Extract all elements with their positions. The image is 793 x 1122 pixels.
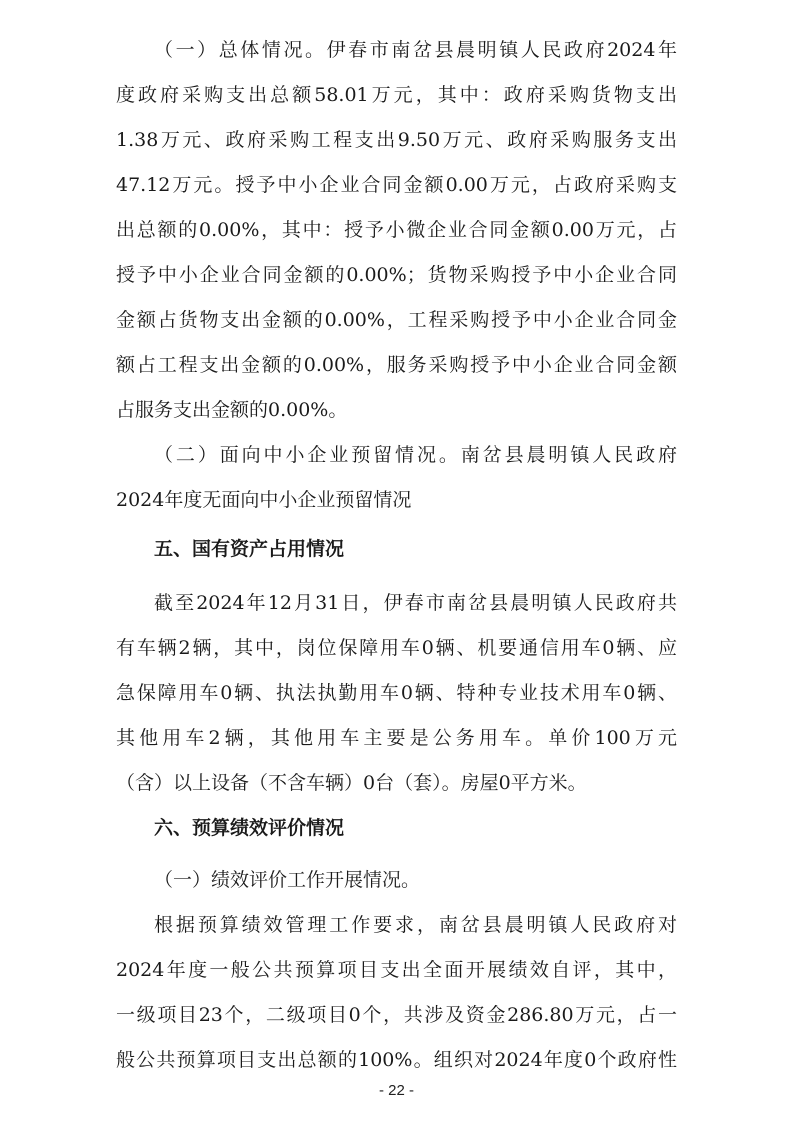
paragraph-line: 授予中小企业合同金额的0.00%；货物采购授予中小企业合同 [116, 263, 677, 287]
paragraph-line: 1.38万元、政府采购工程支出9.50万元、政府采购服务支出 [116, 128, 677, 152]
paragraph-line: 急保障用车0辆、执法执勤用车0辆、特种专业技术用车0辆、 [116, 681, 677, 705]
section-heading: 五、国有资产占用情况 [154, 537, 344, 561]
paragraph-line: （一）总体情况。伊春市南岔县晨明镇人民政府2024年 [154, 38, 677, 62]
paragraph-line: 根据预算绩效管理工作要求，南岔县晨明镇人民政府对 [154, 913, 677, 937]
paragraph-line: （二）面向中小企业预留情况。南岔县晨明镇人民政府 [154, 443, 677, 467]
paragraph-line: 金额占货物支出金额的0.00%，工程采购授予中小企业合同金 [116, 308, 677, 332]
paragraph-line: 度政府采购支出总额58.01万元，其中：政府采购货物支出 [116, 83, 677, 107]
paragraph-line: （含）以上设备（不含车辆）0台（套）。房屋0平方米。 [116, 771, 677, 795]
paragraph-line: 额占工程支出金额的0.00%，服务采购授予中小企业合同金额 [116, 353, 677, 377]
paragraph-line: 有车辆2辆，其中，岗位保障用车0辆、机要通信用车0辆、应 [116, 636, 677, 660]
paragraph-line: 2024年度无面向中小企业预留情况 [116, 488, 677, 512]
paragraph-line: 般公共预算项目支出总额的100%。组织对2024年度0个政府性 [116, 1048, 677, 1072]
paragraph-line: 其他用车2辆，其他用车主要是公务用车。单价100万元 [116, 726, 677, 750]
paragraph-line: 出总额的0.00%，其中：授予小微企业合同金额0.00万元，占 [116, 218, 677, 242]
paragraph-line: 2024年度一般公共预算项目支出全面开展绩效自评，其中， [116, 958, 677, 982]
paragraph-line: 截至2024年12月31日，伊春市南岔县晨明镇人民政府共 [154, 591, 677, 615]
paragraph-line: 占服务支出金额的0.00%。 [116, 398, 677, 422]
document-page: （一）总体情况。伊春市南岔县晨明镇人民政府2024年 度政府采购支出总额58.0… [0, 0, 793, 1122]
paragraph-line: 47.12万元。授予中小企业合同金额0.00万元，占政府采购支 [116, 173, 677, 197]
paragraph-line: 一级项目23个，二级项目0个，共涉及资金286.80万元，占一 [116, 1003, 677, 1027]
page-number: - 22 - [0, 1082, 793, 1099]
section-heading: 六、预算绩效评价情况 [154, 816, 344, 840]
subsection-heading: （一）绩效评价工作开展情况。 [154, 868, 677, 892]
